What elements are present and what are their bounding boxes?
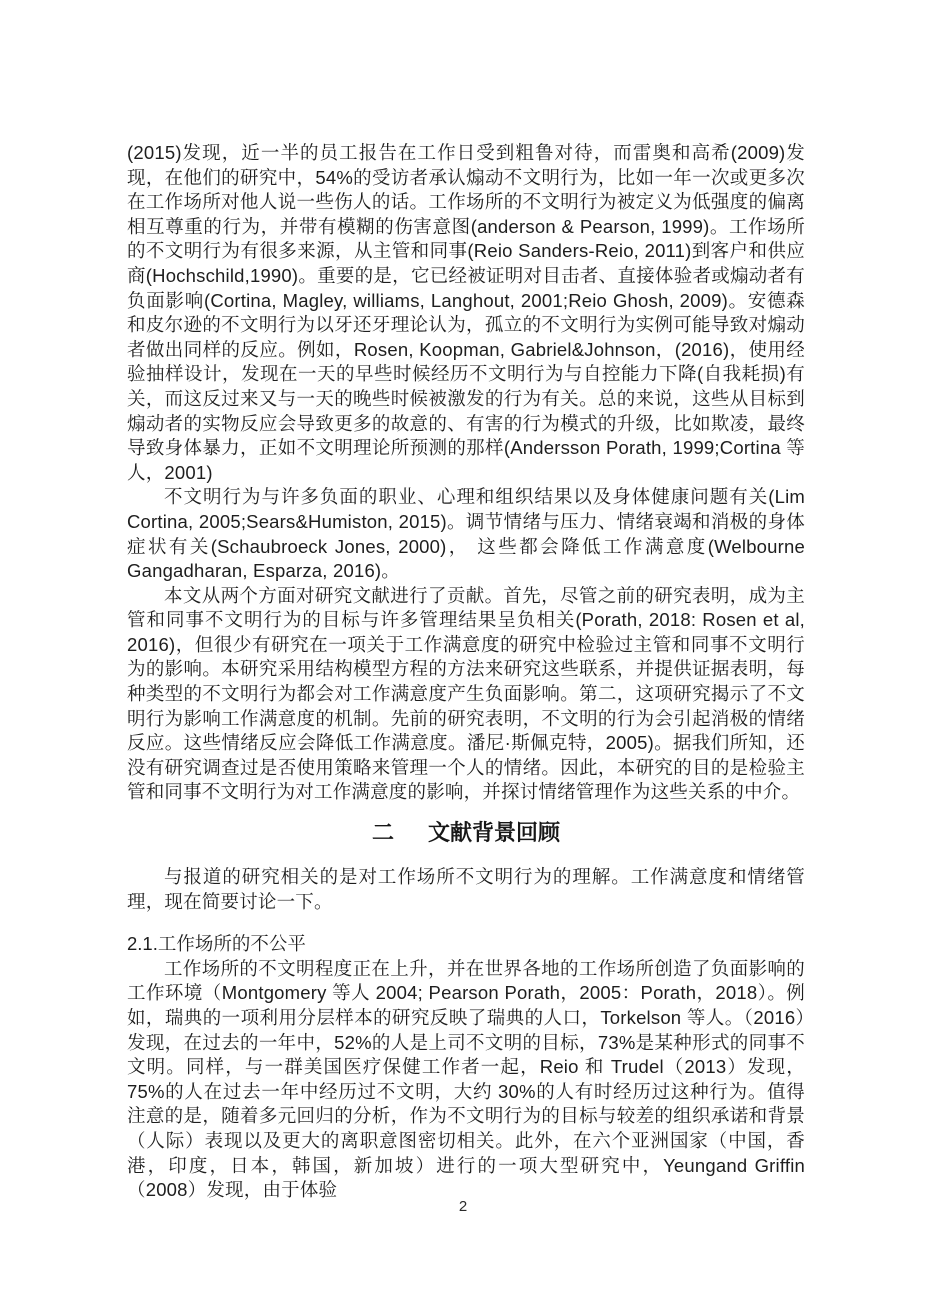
section-title: 文献背景回顾	[428, 820, 560, 845]
document-page: (2015)发现，近一半的员工报告在工作日受到粗鲁对待，而雷奥和高希(2009)…	[0, 0, 926, 1309]
body-paragraph: 工作场所的不文明程度正在上升，并在世界各地的工作场所创造了负面影响的工作环境（M…	[127, 957, 805, 1203]
page-content: (2015)发现，近一半的员工报告在工作日受到粗鲁对待，而雷奥和高希(2009)…	[127, 141, 805, 1203]
page-footer: 2	[0, 1197, 926, 1217]
section-number: 二	[372, 818, 394, 848]
body-paragraph: 与报道的研究相关的是对工作场所不文明行为的理解。工作满意度和情绪管理，现在简要讨…	[127, 865, 805, 914]
body-paragraph: 不文明行为与许多负面的职业、心理和组织结果以及身体健康问题有关(Lim Cort…	[127, 485, 805, 583]
body-paragraph: 本文从两个方面对研究文献进行了贡献。首先，尽管之前的研究表明，成为主管和同事不文…	[127, 584, 805, 805]
body-paragraph-continuation: (2015)发现，近一半的员工报告在工作日受到粗鲁对待，而雷奥和高希(2009)…	[127, 141, 805, 485]
subsection-heading: 2.1.工作场所的不公平	[127, 932, 805, 957]
page-number: 2	[459, 1198, 467, 1215]
section-heading: 二文献背景回顾	[127, 818, 805, 848]
